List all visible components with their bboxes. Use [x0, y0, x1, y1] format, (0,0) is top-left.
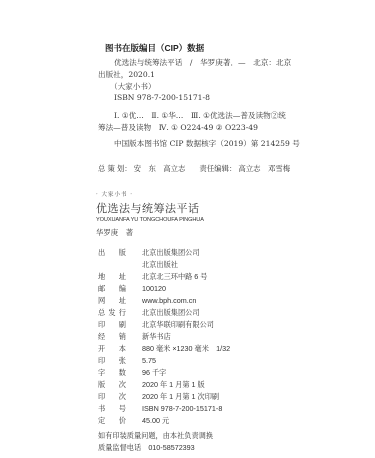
label-char: 本 [119, 344, 126, 354]
label-char: 出 [98, 248, 105, 258]
editor-label: 责任编辑： [199, 164, 236, 173]
info-value: 北京北三环中路 6 号 [142, 272, 208, 282]
info-row-distributor: 总发行 北京出版集团公司 [98, 308, 200, 318]
info-row-postcode: 邮编 100120 [98, 284, 166, 294]
info-row-publisher: 出版 北京出版集团公司 [98, 248, 200, 258]
label-char: 发 [108, 308, 115, 318]
info-row-publisher-2: 北京出版社 [98, 260, 178, 270]
label-char: 网 [98, 296, 105, 306]
label-char: 地 [98, 272, 105, 282]
book-title: 优选法与统筹法平话 [96, 200, 200, 216]
label-char: 开 [98, 344, 105, 354]
label-char: 印 [98, 392, 105, 402]
book-title-pinyin: YOUXUANFA YU TONGCHOUFA PINGHUA [96, 217, 204, 223]
info-row-isbn: 书号 ISBN 978-7-200-15171-8 [98, 404, 222, 414]
label-char: 书 [98, 404, 105, 414]
label-char: 总 [98, 308, 105, 318]
label-char: 定 [98, 416, 105, 426]
label-char: 经 [98, 332, 105, 342]
info-value: 5.75 [142, 356, 156, 366]
label-char: 印 [98, 356, 105, 366]
book-author: 华罗庚 著 [96, 227, 133, 238]
label-char: 字 [98, 368, 105, 378]
info-row-edition: 版次 2020 年 1 月第 1 版 [98, 380, 205, 390]
info-value: 880 毫米 ×1230 毫米 1/32 [142, 344, 230, 354]
quality-notice-line: 如有印装质量问题，由本社负责调换 [98, 431, 213, 441]
label-char: 行 [119, 308, 126, 318]
label-char: 编 [119, 284, 126, 294]
info-value: 2020 年 1 月第 1 次印刷 [142, 392, 219, 402]
info-row-sheets: 印张 5.75 [98, 356, 156, 366]
label-char: 价 [119, 416, 126, 426]
label-char: 址 [119, 272, 126, 282]
label-char: 版 [98, 380, 105, 390]
cip-line-classification-1: Ⅰ. ①优… Ⅱ. ①华… Ⅲ. ①优选法—普及读物②统 [114, 110, 286, 121]
credits-line: 总 策 划：安 东 高立志责任编辑：高立志 邓雪梅 [98, 163, 296, 174]
label-char: 邮 [98, 284, 105, 294]
label-char: 张 [119, 356, 126, 366]
label-char: 号 [119, 404, 126, 414]
label-char: 销 [119, 332, 126, 342]
series-tag: · 大家小书 · [96, 190, 133, 198]
label-char: 印 [98, 320, 105, 330]
info-row-printing: 印次 2020 年 1 月第 1 次印刷 [98, 392, 219, 402]
cip-line-isbn: ISBN 978-7-200-15171-8 [114, 93, 210, 102]
website-link[interactable]: www.bph.com.cn [142, 296, 196, 306]
label-char: 版 [119, 248, 126, 258]
cip-title: 图书在版编目（CIP）数据 [105, 42, 204, 54]
cip-line-classification-2: 筹法—普及读物 Ⅳ. ① O224-49 ② O223-49 [98, 122, 258, 133]
info-row-word-count: 字数 96 千字 [98, 368, 166, 378]
info-value: 2020 年 1 月第 1 版 [142, 380, 205, 390]
label-char: 次 [119, 392, 126, 402]
cip-line-series: （大家小书） [110, 81, 156, 92]
info-row-printer: 印刷 北京华联印刷有限公司 [98, 320, 214, 330]
info-value: 北京华联印刷有限公司 [142, 320, 214, 330]
info-value: 北京出版社 [142, 260, 178, 270]
info-row-seller: 经销 新华书店 [98, 332, 171, 342]
label-char: 刷 [119, 320, 126, 330]
info-row-price: 定价 45.00 元 [98, 416, 169, 426]
editor-names: 高立志 邓雪梅 [238, 164, 290, 173]
info-value: 45.00 元 [142, 416, 169, 426]
label-char: 数 [119, 368, 126, 378]
info-value: 96 千字 [142, 368, 166, 378]
planner-names: 安 东 高立志 [134, 164, 186, 173]
quality-hotline: 质量监督电话 010-58572393 [98, 443, 195, 453]
planner-label: 总 策 划： [98, 164, 132, 173]
info-row-format: 开本 880 毫米 ×1230 毫米 1/32 [98, 344, 230, 354]
info-row-address: 地址 北京北三环中路 6 号 [98, 272, 208, 282]
cip-line-publisher: 出版社，2020.1 [98, 69, 155, 80]
cip-line-record-number: 中国版本图书馆 CIP 数据核字（2019）第 214259 号 [114, 138, 300, 149]
info-value: ISBN 978-7-200-15171-8 [142, 404, 222, 414]
info-value: 北京出版集团公司 [142, 248, 200, 258]
info-value: 北京出版集团公司 [142, 308, 200, 318]
label-char: 次 [119, 380, 126, 390]
info-value: 新华书店 [142, 332, 171, 342]
info-row-website: 网址 www.bph.com.cn [98, 296, 196, 306]
cip-line-title: 优选法与统筹法平话 / 华罗庚著．— 北京：北京 [114, 57, 291, 68]
label-char: 址 [119, 296, 126, 306]
info-value: 100120 [142, 284, 166, 294]
